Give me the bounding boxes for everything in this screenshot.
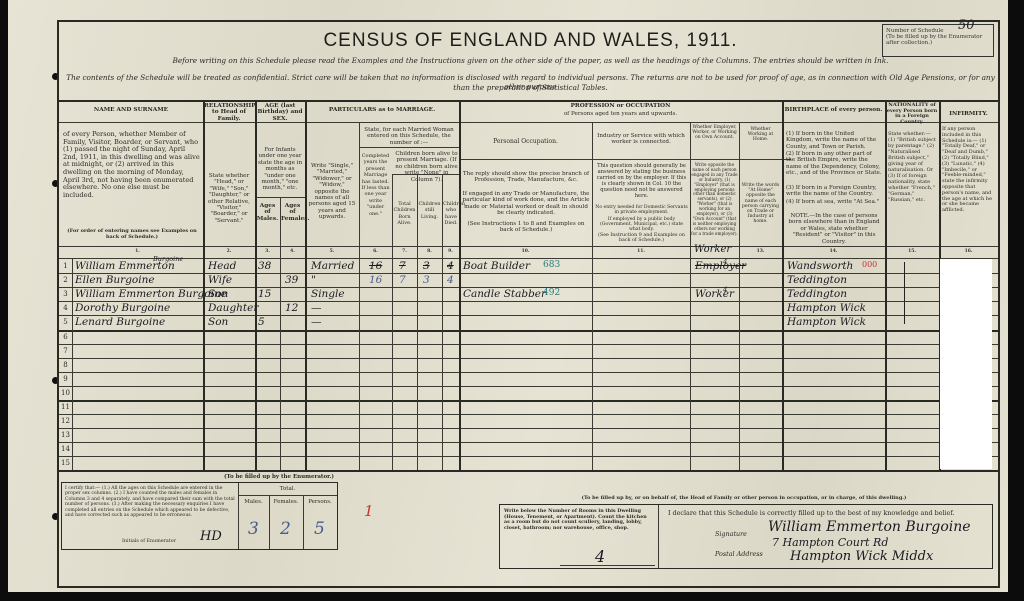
header-industry-body-4: (See Instruction 9 and Examples on back … (594, 232, 689, 245)
postal-address-line-2[interactable]: Hampton Wick Middx (790, 549, 933, 564)
column-number: 2. (203, 249, 255, 254)
column-number: 4. (280, 249, 305, 254)
column-line (305, 100, 307, 470)
row-number: 15 (60, 459, 71, 467)
row-number: 1 (60, 262, 71, 270)
occupier-heading: (To be filled up by, or on behalf of, th… (494, 495, 994, 502)
header-age-body: For Infants under one year state the age… (255, 146, 305, 193)
age-female-cell[interactable]: 39 (285, 274, 298, 286)
birthplace-cell[interactable]: Hampton Wick (787, 316, 866, 328)
name-cell[interactable]: Lenard Burgoine (75, 316, 165, 328)
header-infirmity-body: If any person included in this Schedule … (941, 126, 997, 215)
females-label: Females. (269, 499, 303, 506)
header-name-body: of every Person, whether Member of Famil… (62, 130, 202, 200)
birthplace-cell[interactable]: Hampton Wick (787, 302, 866, 314)
column-line (592, 122, 593, 470)
birthplace-code[interactable]: 000 (862, 260, 877, 269)
header-personal-body-2: If engaged in any Trade or Manufacture, … (461, 190, 591, 218)
row-number: 12 (60, 417, 71, 425)
header-children-living: Children still Living. (417, 200, 442, 221)
divider (59, 258, 998, 259)
enumerator-box: I certify that:— (1.) All the ages on th… (61, 482, 338, 550)
name-cell[interactable]: William Emmerton Burgoine (75, 288, 227, 300)
relationship-cell[interactable]: Son (208, 288, 228, 300)
header-relationship-body: State whether "Head," or "Wife," "Son," … (203, 172, 255, 225)
row-number: 2 (60, 276, 71, 284)
employer-cell[interactable]: Employer (695, 260, 746, 272)
rooms-underline (560, 565, 655, 566)
column-number: 1. (72, 249, 203, 254)
schedule-number-box: Number of Schedule 50 (To be filled up b… (882, 24, 994, 57)
postal-address-line-1[interactable]: 7 Hampton Court Rd (772, 536, 888, 549)
header-birthplace-body-3: (3) If born in a Foreign Country, write … (785, 184, 883, 199)
row-number: 14 (60, 445, 71, 453)
initials-label: Initials of Enumerator (122, 539, 176, 546)
header-personal-body-3: (See Instructions 1 to 8 and Examples on… (461, 220, 591, 235)
relationship-cell[interactable]: Son (208, 316, 228, 328)
header-home-body: Write the words "At Home" opposite the n… (739, 182, 782, 226)
row-number: 6 (60, 333, 71, 341)
marriage-status-cell[interactable]: Single (311, 288, 345, 300)
header-birthplace-body-4: (4) If born at sea, write "At Sea." (785, 198, 883, 206)
row-divider (59, 442, 998, 443)
header-occupation-subtitle: of Persons aged ten years and upwards. (459, 110, 782, 118)
row-number: 10 (60, 389, 71, 397)
birthplace-cell[interactable]: Teddington (787, 288, 847, 300)
column-number: 5. (305, 249, 359, 254)
header-marriage-status: Write "Single," "Married," "Widower," or… (307, 162, 357, 222)
census-schedule-page: CENSUS OF ENGLAND AND WALES, 1911. Befor… (8, 0, 1008, 592)
years-married-cell[interactable]: 16 (369, 260, 382, 272)
red-check-mark: 1 (364, 502, 374, 520)
header-birthplace-note: NOTE.—In the case of persons born elsewh… (785, 212, 883, 246)
marriage-status-cell[interactable]: Married (311, 260, 354, 272)
occupation-code[interactable]: 492 (543, 288, 560, 298)
header-employer-body: Write opposite the name of each person e… (690, 162, 739, 238)
instruction-line: Before writing on this Schedule please r… (59, 56, 1002, 65)
divider (238, 483, 239, 549)
age-male-cell[interactable]: 38 (258, 260, 271, 272)
row-number: 5 (60, 318, 71, 326)
row-divider (59, 428, 998, 429)
marriage-status-cell[interactable]: — (311, 302, 322, 314)
divider (269, 495, 270, 549)
row-number: 7 (60, 347, 71, 355)
row-number: 11 (60, 403, 71, 411)
confidential-line-2: than the preparation of Statistical Tabl… (59, 83, 1002, 92)
relationship-cell[interactable]: Daughter (208, 302, 258, 314)
age-male-cell[interactable]: 15 (258, 288, 271, 300)
header-relationship-title: RELATIONSHIP to Head of Family. (203, 102, 255, 123)
row-divider (59, 386, 998, 387)
header-name-note: (For order of entering names see Example… (62, 228, 202, 241)
children-living-cell[interactable]: 3 (423, 274, 430, 286)
header-home-title: Whether Working at Home. (739, 126, 782, 143)
header-birthplace-title: BIRTHPLACE of every person. (782, 106, 885, 114)
row-number: 3 (60, 290, 71, 298)
signature-value[interactable]: William Emmerton Burgoine (768, 519, 971, 535)
document-title: CENSUS OF ENGLAND AND WALES, 1911. (59, 30, 1002, 52)
header-married-woman: State, for each Married Woman entered on… (359, 126, 459, 147)
row-divider (59, 330, 998, 332)
marriage-status-cell[interactable]: " (311, 274, 316, 286)
header-marriage-title: PARTICULARS as to MARRIAGE. (305, 106, 459, 114)
header-children: Children born alive to present Marriage.… (392, 150, 461, 184)
column-number: 8. (417, 249, 442, 254)
divider (658, 505, 659, 568)
header-nationality-title: NATIONALITY of every Person born in a Fo… (885, 102, 939, 126)
signature-label: Signature (715, 531, 747, 538)
column-number: 9. (442, 249, 459, 254)
redacted-infirmity-area (940, 259, 992, 469)
header-birthplace-body-2: (2) If born in any other part of the Bri… (785, 150, 883, 178)
marriage-status-cell[interactable]: — (311, 316, 322, 328)
header-personal-occupation: Personal Occupation. (459, 138, 592, 146)
column-line (782, 100, 784, 470)
age-male-cell[interactable]: 5 (258, 316, 265, 328)
name-insertion[interactable]: Burgoine (153, 255, 183, 263)
occupier-box: Write below the Number of Rooms in this … (499, 504, 993, 569)
header-infirmity-title: INFIRMITY. (939, 110, 998, 118)
column-line (203, 100, 205, 470)
header-age-males: Ages of Males. (255, 202, 280, 223)
nationality-ditto-line (904, 262, 905, 324)
header-industry-body-1: This question should generally be answer… (594, 162, 689, 200)
occupation-cell[interactable]: Boat Builder (463, 260, 530, 272)
row-divider (59, 456, 998, 457)
divider (59, 246, 998, 247)
header-age-females: Ages of Females. (280, 202, 305, 223)
header-employer-title: Whether Employer, Worker, or Working on … (690, 124, 739, 141)
birthplace-cell[interactable]: Wandsworth (787, 260, 853, 272)
children-living-cell[interactable]: 3 (423, 260, 430, 272)
column-number: 11. (592, 249, 690, 254)
divider (303, 495, 304, 549)
persons-label: Persons. (303, 499, 337, 506)
years-married-cell[interactable]: 16 (369, 274, 382, 286)
declaration-text: I declare that this Schedule is correctl… (668, 510, 955, 517)
header-industry-body-2: No entry needed for Domestic Servants in… (594, 204, 689, 216)
enumerator-heading: (To be filled up by the Enumerator.) (129, 474, 429, 481)
header-nationality-body: State whether:— (1) "British subject by … (887, 130, 939, 204)
divider (59, 470, 998, 472)
header-birthplace-body-1: (1) If born in the United Kingdom, write… (785, 130, 883, 151)
total-males-value[interactable]: 3 (248, 519, 259, 539)
divider (59, 122, 998, 123)
row-divider (59, 273, 998, 274)
total-females-value[interactable]: 2 (280, 519, 291, 539)
children-born-cell[interactable]: 7 (399, 274, 406, 286)
column-line (72, 258, 73, 470)
row-divider (59, 414, 998, 415)
occupation-code[interactable]: 683 (543, 260, 560, 270)
name-cell[interactable]: Ellen Burgoine (75, 274, 155, 286)
header-personal-body-1: The reply should show the precise branch… (461, 170, 591, 185)
row-number: 13 (60, 431, 71, 439)
employer-mark[interactable]: 4 (723, 286, 727, 294)
total-persons-value[interactable]: 5 (314, 519, 325, 539)
column-number: 3. (255, 249, 280, 254)
relationship-cell[interactable]: Wife (208, 274, 232, 286)
column-line (739, 122, 740, 470)
column-line (280, 197, 281, 470)
row-number: 4 (60, 304, 71, 312)
column-12-worker-note: Worker (694, 244, 731, 255)
header-industry-body-3: If employed by a public body (Government… (594, 216, 689, 234)
name-cell[interactable]: Dorothy Burgoine (75, 302, 170, 314)
rooms-instruction: Write below the Number of Rooms in this … (504, 509, 654, 531)
column-number: 16. (939, 249, 998, 254)
row-divider (59, 372, 998, 373)
header-age-title: AGE (last Birthday) and SEX. (255, 102, 305, 123)
header-years-married: Completed years the present Marriage has… (359, 152, 392, 218)
children-died-cell[interactable]: 4 (447, 260, 454, 272)
divider (238, 495, 337, 496)
row-divider (59, 344, 998, 345)
divider (459, 159, 791, 160)
employer-cell[interactable]: Worker (695, 288, 734, 300)
males-label: Males. (238, 499, 269, 506)
column-number: 13. (739, 249, 782, 254)
children-born-cell[interactable]: 7 (399, 260, 406, 272)
header-children-died: Children who have Died. (442, 200, 460, 228)
row-divider (59, 400, 998, 402)
enumerator-certify: I certify that:— (1.) All the ages on th… (65, 486, 235, 518)
row-divider (59, 358, 998, 359)
age-female-cell[interactable]: 12 (285, 302, 298, 314)
header-name-title: NAME AND SURNAME (59, 106, 203, 114)
column-number: 15. (885, 249, 939, 254)
schedule-number-value[interactable]: 50 (958, 23, 975, 29)
initials-value[interactable]: HD (200, 529, 222, 544)
children-died-cell[interactable]: 4 (447, 274, 454, 286)
row-number: 8 (60, 361, 71, 369)
header-industry-title: Industry or Service with which worker is… (592, 132, 690, 147)
postal-address-label: Postal Address (715, 551, 763, 558)
rooms-value[interactable]: 4 (595, 547, 605, 566)
column-number: 6. (359, 249, 392, 254)
total-label: Total. (238, 486, 337, 493)
header-children-total: Total Children Born Alive. (392, 200, 417, 228)
schedule-form: CENSUS OF ENGLAND AND WALES, 1911. Befor… (57, 20, 1000, 588)
row-number: 9 (60, 375, 71, 383)
column-number: 7. (392, 249, 417, 254)
relationship-cell[interactable]: Head (208, 260, 236, 272)
occupation-cell[interactable]: Candle Stabber (463, 288, 546, 300)
birthplace-cell[interactable]: Teddington (787, 274, 847, 286)
column-number: 14. (782, 249, 885, 254)
schedule-number-note: (To be filled up by the Enumerator after… (886, 34, 982, 46)
column-number: 10. (459, 249, 592, 254)
employer-mark[interactable]: 4 (723, 258, 727, 266)
